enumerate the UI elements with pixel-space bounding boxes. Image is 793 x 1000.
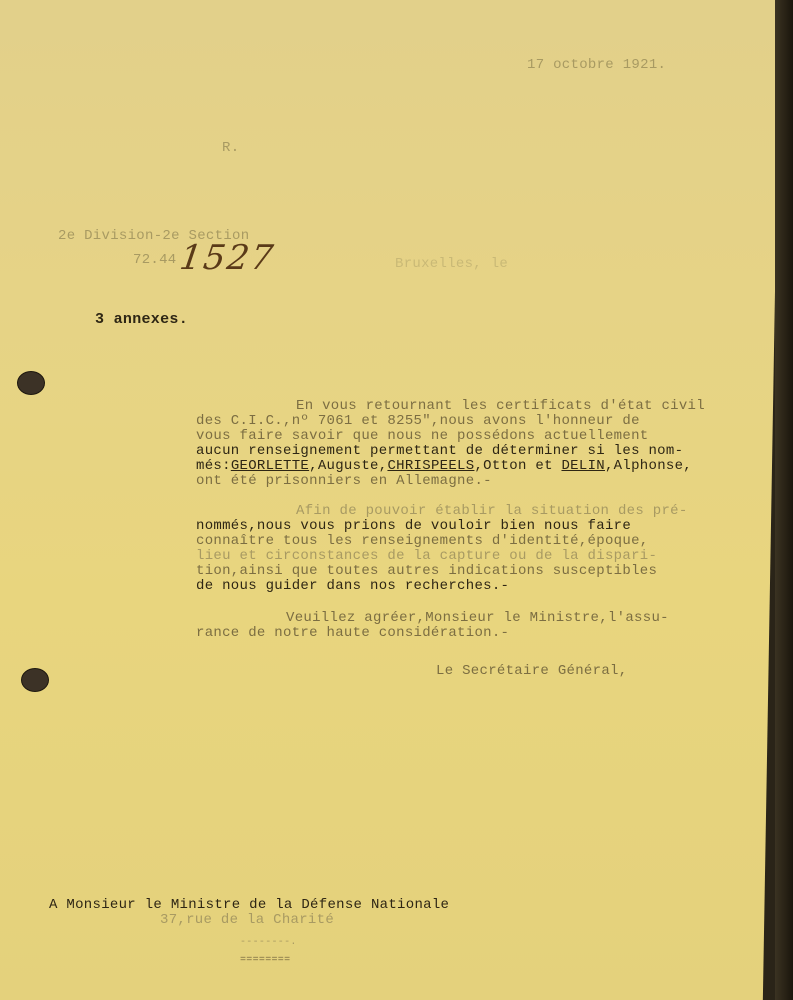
ref-number-typed: 72.44 (133, 252, 177, 268)
surname: GEORLETTE (231, 458, 309, 474)
body-line: nommés,nous vous prions de vouloir bien … (196, 518, 631, 534)
document-page: 17 octobre 1921. R. 2e Division-2e Secti… (0, 0, 780, 1000)
page-edge-shadow (775, 0, 793, 1000)
body-line: lieu et circonstances de la capture ou d… (196, 548, 657, 564)
body-line: ont été prisonniers en Allemagne.- (196, 473, 492, 489)
body-line: connaître tous les renseignements d'iden… (196, 533, 648, 549)
signature-line: Le Secrétaire Général, (436, 663, 627, 679)
surname: CHRISPEELS (387, 458, 474, 474)
annexes-note: 3 annexes. (95, 311, 188, 328)
date: 17 octobre 1921. (527, 57, 666, 73)
body-line: tion,ainsi que toutes autres indications… (196, 563, 657, 579)
body-line: En vous retournant les certificats d'éta… (296, 398, 705, 414)
body-line: Afin de pouvoir établir la situation des… (296, 503, 688, 519)
addressee-line: A Monsieur le Ministre de la Défense Nat… (49, 897, 449, 913)
body-line: des C.I.C.,nº 7061 et 8255",nous avons l… (196, 413, 640, 429)
ref-number-handwritten: 1527 (177, 238, 277, 278)
body-line: de nous guider dans nos recherches.- (196, 578, 509, 594)
footer-mark: --------. (240, 937, 297, 948)
punch-hole (22, 669, 48, 691)
place-line: Bruxelles, le (395, 256, 508, 272)
addressee-line: 37,rue de la Charité (160, 912, 334, 928)
closing-line: Veuillez agréer,Monsieur le Ministre,l'a… (286, 610, 669, 626)
closing-line: rance de notre haute considération.- (196, 625, 509, 641)
footer-mark: ======== (240, 955, 290, 966)
surname: DELIN (561, 458, 605, 474)
body-line: més:GEORLETTE,Auguste,CHRISPEELS,Otton e… (196, 458, 692, 474)
body-line: aucun renseignement permettant de déterm… (196, 443, 683, 459)
body-line: vous faire savoir que nous ne possédons … (196, 428, 648, 444)
reference-mark: R. (222, 140, 239, 156)
punch-hole (18, 372, 44, 394)
